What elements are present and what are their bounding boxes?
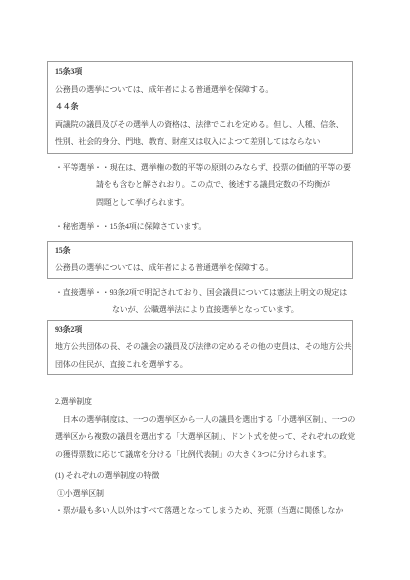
article-15-body: 公務員の選挙については、成年者による普通選挙を保障する。: [55, 259, 345, 277]
article-93-2-body-line-2: 団体の住民が、直接これを選挙する。: [55, 356, 345, 374]
section-2-heading: 2.選挙制度: [47, 393, 353, 411]
section-2-paragraph: 日本の選挙制度は、一つの選挙区から一人の議員を選出する「小選挙区制」、一つの 選…: [47, 411, 353, 464]
direct-election-line-1: ・直接選挙・・93条2項で明記されており、国会議員については憲法上明文の規定は: [47, 284, 353, 302]
equal-suffrage-line-2: 請をも含むと解されおり。この点で、後述する議員定数の不均衡が: [47, 176, 353, 194]
article-44-heading: ４４条: [55, 98, 345, 116]
direct-election-note: ・直接選挙・・93条2項で明記されており、国会議員については憲法上明文の規定は …: [47, 284, 353, 319]
equal-suffrage-line-1: ・平等選挙・・現在は、選挙権の数的平等の原則のみならず、投票の価値的平等の要: [47, 159, 353, 177]
article-93-2-body-line-1: 地方公共団体の長、その議会の議員及び法律の定めるその他の吏員は、その地方公共: [55, 338, 345, 356]
small-district-bullet-line-1: ・票が最も多い人以外はすべて落選となってしまうため、死票（当選に関係しなか: [47, 502, 353, 520]
equal-suffrage-line-3: 問題として挙げられます。: [47, 194, 353, 212]
article-15-3-and-44-box: 15条3項 公務員の選挙については、成年者による普通選挙を保障する。 ４４条 両…: [47, 61, 353, 154]
article-93-2-box: 93条2項 地方公共団体の長、その議会の議員及び法律の定めるその他の吏員は、その…: [47, 320, 353, 376]
subsection-1-heading: (1) それぞれの選挙制度の特徴: [47, 467, 353, 485]
article-93-2-heading: 93条2項: [55, 321, 345, 339]
article-44-body-line-2: 性別、社会的身分、門地、教育、財産又は収入によつて差別してはならない: [55, 133, 345, 151]
secret-ballot-note: ・秘密選挙・・15条4項に保障さています。: [47, 218, 353, 236]
section-2-para-line-2: 選挙区から複数の議員を選出する「大選挙区制」、ドント式を使って、それぞれの政党: [47, 428, 353, 446]
article-15-box: 15条 公務員の選挙については、成年者による普通選挙を保障する。: [47, 241, 353, 279]
document-page: 15条3項 公務員の選挙については、成年者による普通選挙を保障する。 ４４条 両…: [0, 0, 410, 580]
equal-suffrage-note: ・平等選挙・・現在は、選挙権の数的平等の原則のみならず、投票の価値的平等の要 請…: [47, 159, 353, 212]
small-district-heading: ①小選挙区制: [47, 485, 353, 503]
article-15-heading: 15条: [55, 242, 345, 260]
direct-election-line-2: ないが、公職選挙法により直接選挙となっています。: [47, 301, 353, 319]
section-2-para-line-1: 日本の選挙制度は、一つの選挙区から一人の議員を選出する「小選挙区制」、一つの: [47, 411, 353, 429]
article-15-3-heading: 15条3項: [55, 63, 345, 81]
document-content: 15条3項 公務員の選挙については、成年者による普通選挙を保障する。 ４４条 両…: [47, 61, 353, 520]
article-15-3-body: 公務員の選挙については、成年者による普通選挙を保障する。: [55, 81, 345, 99]
article-44-body-line-1: 両議院の議員及びその選挙人の資格は、法律でこれを定める。但し、人種、信条、: [55, 116, 345, 134]
section-2-para-line-3: の獲得票数に応じて議席を分ける「比例代表制」の大きく3つに分けられます。: [47, 446, 353, 464]
